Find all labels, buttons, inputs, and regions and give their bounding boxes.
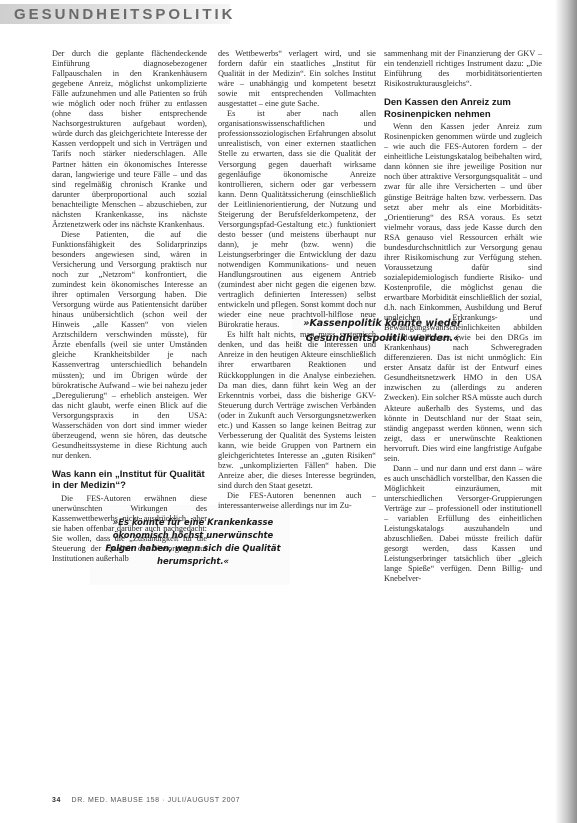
publication-info: DR. MED. MABUSE 158 · JULI/AUGUST 2007 (72, 797, 241, 804)
text-column-1: Der durch die geplante flächendeckende E… (52, 49, 207, 564)
subheading: Den Kassen den Anreiz zum Rosinenpicken … (384, 97, 542, 120)
paragraph: sammenhang mit der Finanzierung der GKV … (384, 49, 542, 89)
paragraph: Der durch die geplante flächendeckende E… (52, 49, 207, 230)
pull-quote: »Es könnte für eine Krankenkasse ökonomi… (98, 516, 288, 568)
paragraph: Es ist aber nach allen organisationswiss… (218, 109, 376, 330)
subheading: Was kann ein „Institut für Qualität in d… (52, 469, 207, 492)
paragraph: Diese Patienten, die auf die Funktionsfä… (52, 230, 207, 461)
paragraph: Dann – und nur dann und erst dann – wäre… (384, 464, 542, 585)
paragraph: des Wettbewerbs“ verlagert wird, und sie… (218, 49, 376, 109)
paragraph: Wenn den Kassen jeder Anreiz zum Rosinen… (384, 122, 542, 464)
page-footer: 34 DR. MED. MABUSE 158 · JULI/AUGUST 200… (52, 797, 240, 804)
pull-quote: »Kassenpolitik könnte wieder Gesundheits… (300, 316, 465, 346)
paragraph: Es hilft halt nichts, man muss systemisc… (218, 330, 376, 491)
paragraph: Die FES-Autoren benennen auch – interess… (218, 491, 376, 511)
text-column-2: des Wettbewerbs“ verlagert wird, und sie… (218, 49, 376, 511)
page-gutter-shadow (555, 0, 577, 823)
page-number: 34 (52, 797, 61, 804)
section-title: GESUNDHEITSPOLITIK (14, 6, 236, 23)
